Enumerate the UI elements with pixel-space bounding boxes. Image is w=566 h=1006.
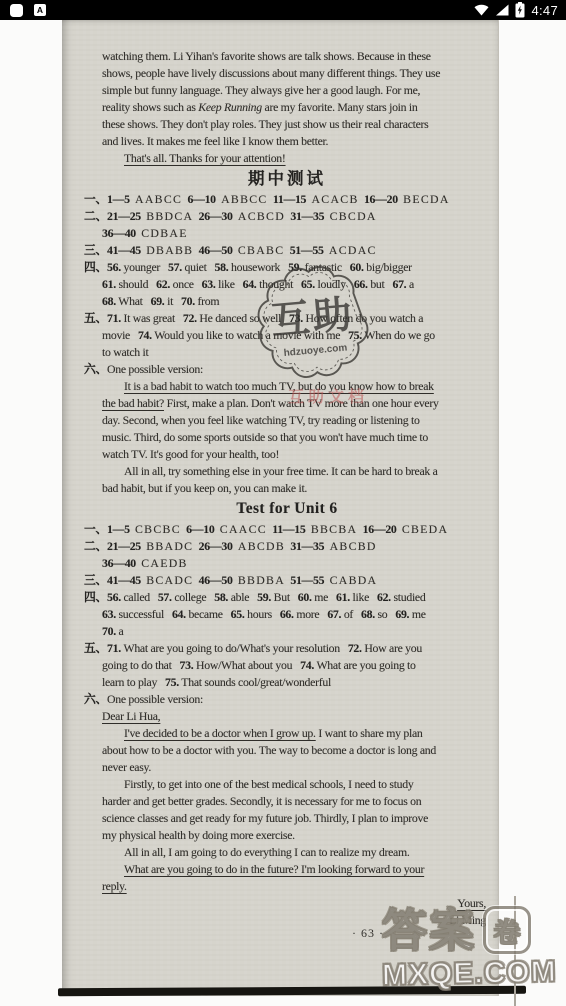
text-segment: 69. xyxy=(395,607,409,621)
text-segment: like xyxy=(350,590,377,604)
text-segment: me xyxy=(312,590,336,604)
intro-paragraph-line: That's all. Thanks for your attention! xyxy=(84,150,490,167)
text-segment: 三、41—45 xyxy=(84,243,141,257)
note-icon xyxy=(10,4,23,17)
text-segment: 6—10 xyxy=(186,522,214,536)
text-segment: CBABC xyxy=(238,243,285,257)
text-segment: studied xyxy=(391,590,426,604)
unit6-answers-line: science classes and get ready for my fut… xyxy=(84,810,490,827)
text-segment: 62. xyxy=(156,277,170,291)
text-segment: 57. xyxy=(168,260,182,274)
unit6-answers-line: 五、71. What are you going to do/What's yo… xyxy=(84,640,490,657)
text-segment: ABCDB xyxy=(238,539,285,553)
midterm-answers-line: the bad habit? First, make a plan. Don't… xyxy=(84,395,490,412)
status-bar: A 4:47 xyxy=(0,0,566,20)
stamp-site-text: hdzuoye.com xyxy=(283,342,348,359)
text-segment: 68. xyxy=(102,294,116,308)
text-segment: 五、71. xyxy=(84,641,121,655)
text-segment: BBADC xyxy=(146,539,193,553)
text-segment: 11—15 xyxy=(272,522,305,536)
text-segment: to watch it xyxy=(102,345,149,359)
text-segment: 二、21—25 xyxy=(84,209,141,223)
text-segment: ABBCC xyxy=(221,192,268,206)
text-segment: DBABB xyxy=(146,243,193,257)
text-segment: CDBAE xyxy=(141,226,187,240)
text-segment: CBCDA xyxy=(330,209,377,223)
text-segment: 68. xyxy=(361,607,375,621)
text-segment: 74. xyxy=(138,328,152,342)
text-segment: Keep Running xyxy=(198,100,262,114)
text-segment: What are you going to do in the future? … xyxy=(124,862,424,876)
text-segment: 58. xyxy=(215,260,229,274)
text-segment: younger xyxy=(121,260,168,274)
text-segment: 三、41—45 xyxy=(84,573,141,587)
text-segment: harder and get better grades. Secondly, … xyxy=(102,794,421,808)
text-segment: 一、1—5 xyxy=(84,522,130,536)
unit6-answers-line: 六、One possible version: xyxy=(84,691,490,708)
text-segment: 65. xyxy=(231,607,245,621)
text-segment: watching them. Li Yihan's favorite shows… xyxy=(102,49,431,63)
text-segment: 六、 xyxy=(84,362,107,376)
text-segment: What are you going to do/What's your res… xyxy=(121,641,348,655)
daanquan-logo-watermark: 答案 卷 MXQE.COM xyxy=(382,906,557,989)
text-segment: CAEDB xyxy=(141,556,187,570)
text-segment: ABCBD xyxy=(330,539,377,553)
intro-paragraph-line: shows, people have lively discussions ab… xyxy=(84,65,490,82)
text-segment: 31—35 xyxy=(290,209,324,223)
text-segment: 64. xyxy=(243,277,257,291)
text-segment: 62. xyxy=(377,590,391,604)
text-segment: BBCBA xyxy=(311,522,358,536)
intro-paragraph-line: and lives. It makes me feel like I know … xyxy=(84,133,490,150)
stamp-text: 互助 xyxy=(269,293,356,343)
wifi-icon xyxy=(474,4,489,16)
text-segment: 四、56. xyxy=(84,260,121,274)
unit6-answers-line: harder and get better grades. Secondly, … xyxy=(84,793,490,810)
text-segment: ACDAC xyxy=(329,243,377,257)
intro-paragraph-line: watching them. Li Yihan's favorite shows… xyxy=(84,48,490,65)
text-segment: 61. xyxy=(102,277,116,291)
text-segment: 四、56. xyxy=(84,590,121,604)
input-method-a-icon: A xyxy=(34,4,46,16)
text-segment: All in all, try something else in your f… xyxy=(124,464,438,478)
logo-badge: 卷 xyxy=(483,906,531,954)
text-segment: about how to be a doctor with you. The w… xyxy=(102,743,436,757)
page-number: · 63 · xyxy=(352,926,384,941)
intro-paragraph-line: simple but funny language. They always g… xyxy=(84,82,490,99)
text-segment: I've decided to be a doctor when I grow … xyxy=(124,726,316,740)
text-segment: of xyxy=(341,607,361,621)
text-segment: 57. xyxy=(158,590,172,604)
text-segment: 二、21—25 xyxy=(84,539,141,553)
scanned-paper: watching them. Li Yihan's favorite shows… xyxy=(62,20,499,996)
unit6-answers-line: 36—40 CAEDB xyxy=(84,555,490,572)
status-bar-left: A xyxy=(0,4,46,17)
midterm-answers-line: 三、41—45 DBABB 46—50 CBABC 51—55 ACDAC xyxy=(84,242,490,259)
intro-paragraph-line: reality shows such as Keep Running are m… xyxy=(84,99,490,116)
text-segment: BECDA xyxy=(403,192,449,206)
text-segment: called xyxy=(121,590,158,604)
unit6-answers-line: 二、21—25 BBADC 26—30 ABCDB 31—35 ABCBD xyxy=(84,538,490,555)
text-segment: How are you xyxy=(362,641,422,655)
text-segment: these shows. They don't play roles. They… xyxy=(102,117,428,131)
text-segment: 60. xyxy=(298,590,312,604)
unit6-title: Test for Unit 6 xyxy=(84,500,490,517)
unit6-answers-line: 三、41—45 BCADC 46—50 BBDBA 51—55 CABDA xyxy=(84,572,490,589)
text-segment: shows, people have lively discussions ab… xyxy=(102,66,440,80)
text-segment: 59. xyxy=(257,590,271,604)
text-segment: 6—10 xyxy=(187,192,215,206)
text-segment: But xyxy=(271,590,298,604)
midterm-answers-line: music. Third, do some sports outside so … xyxy=(84,429,490,446)
text-segment: more xyxy=(294,607,328,621)
text-segment: 58. xyxy=(214,590,228,604)
unit6-answers-line: going to do that 73. How/What about you … xyxy=(84,657,490,674)
unit6-answers-line: What are you going to do in the future? … xyxy=(84,861,490,878)
text-segment: watch TV. It's good for your health, too… xyxy=(102,447,279,461)
text-segment: 一、1—5 xyxy=(84,192,130,206)
text-segment: ACBCD xyxy=(238,209,285,223)
logo-row: 答案 卷 xyxy=(382,906,557,954)
text-segment: 31—35 xyxy=(290,539,324,553)
text-segment: 72. xyxy=(183,311,197,325)
midterm-answers-line: All in all, try something else in your f… xyxy=(84,463,490,480)
text-segment: 75. xyxy=(165,675,179,689)
text-segment: 67. xyxy=(327,607,341,621)
text-segment: CABDA xyxy=(330,573,378,587)
text-segment: but xyxy=(368,277,393,291)
text-segment: It was great xyxy=(121,311,183,325)
text-segment: What are you going to xyxy=(314,658,416,672)
text-segment: movie xyxy=(102,328,138,342)
text-column: watching them. Li Yihan's favorite shows… xyxy=(84,48,490,978)
text-segment: When do we go xyxy=(362,328,435,342)
text-segment: It is a bad habit to watch too much TV, … xyxy=(124,379,434,393)
text-segment: able xyxy=(228,590,257,604)
status-bar-right: 4:47 xyxy=(474,2,566,18)
unit6-answers-line: 四、56. called 57. college 58. able 59. Bu… xyxy=(84,589,490,606)
midterm-answers-line: 二、21—25 BBDCA 26—30 ACBCD 31—35 CBCDA xyxy=(84,208,490,225)
midterm-answers-line: day. Second, when you feel like watching… xyxy=(84,412,490,429)
battery-charging-icon xyxy=(515,2,525,18)
text-segment: BCADC xyxy=(146,573,193,587)
text-segment: 26—30 xyxy=(199,209,233,223)
midterm-answers-line: 36—40 CDBAE xyxy=(84,225,490,242)
text-segment: 69. xyxy=(151,294,165,308)
text-segment: 46—50 xyxy=(199,573,233,587)
text-segment: should xyxy=(116,277,156,291)
midterm-answers-line: 一、1—5 AABCC 6—10 ABBCC 11—15 ACACB 16—20… xyxy=(84,191,490,208)
text-segment: 74. xyxy=(300,658,314,672)
logo-characters: 答案 xyxy=(382,908,476,953)
cellular-signal-icon xyxy=(495,4,509,16)
text-segment: never easy. xyxy=(102,760,151,774)
text-segment: 36—40 xyxy=(102,556,136,570)
logo-site-text: MXQE.COM xyxy=(382,957,557,991)
text-segment: once xyxy=(170,277,202,291)
text-segment: 51—55 xyxy=(290,573,324,587)
text-segment: 51—55 xyxy=(290,243,324,257)
midterm-answers-line: watch TV. It's good for your health, too… xyxy=(84,446,490,463)
text-segment: big/bigger xyxy=(364,260,412,274)
text-segment: 63. xyxy=(202,277,216,291)
text-segment: 26—30 xyxy=(199,539,233,553)
text-segment: What xyxy=(116,294,151,308)
text-segment: 16—20 xyxy=(363,522,397,536)
text-segment: quiet xyxy=(182,260,215,274)
text-segment: 63. xyxy=(102,607,116,621)
text-segment: reply. xyxy=(102,879,127,893)
text-segment: bad habit, but if you keep on, you can m… xyxy=(102,481,307,495)
text-segment: it xyxy=(164,294,181,308)
text-segment: me xyxy=(409,607,425,621)
text-segment: 11—15 xyxy=(273,192,306,206)
scanned-page-viewer[interactable]: watching them. Li Yihan's favorite shows… xyxy=(0,20,566,1006)
text-segment: reality shows such as xyxy=(102,100,198,114)
text-segment: 61. xyxy=(336,590,350,604)
text-segment: like xyxy=(216,277,243,291)
text-segment: 五、71. xyxy=(84,311,121,325)
text-segment: That sounds cool/great/wonderful xyxy=(179,675,331,689)
text-segment: 70. xyxy=(102,624,116,638)
text-segment: college xyxy=(172,590,215,604)
text-segment: Dear Li Hua, xyxy=(102,709,160,723)
unit6-answers-line: Firstly, to get into one of the best med… xyxy=(84,776,490,793)
unit6-answers-line: about how to be a doctor with you. The w… xyxy=(84,742,490,759)
text-segment: All in all, I am going to do everything … xyxy=(124,845,410,859)
red-watermark: 互助文档 xyxy=(288,384,368,407)
text-segment: That's all. Thanks for your attention! xyxy=(124,151,286,165)
text-segment: 36—40 xyxy=(102,226,136,240)
text-segment: a xyxy=(116,624,124,638)
text-segment: going to do that xyxy=(102,658,180,672)
text-segment: the bad habit? xyxy=(102,396,164,410)
midterm-answers-line: bad habit, but if you keep on, you can m… xyxy=(84,480,490,497)
unit6-answers-line: I've decided to be a doctor when I grow … xyxy=(84,725,490,742)
text-segment: simple but funny language. They always g… xyxy=(102,83,420,97)
status-time: 4:47 xyxy=(531,3,558,18)
text-segment: learn to play xyxy=(102,675,165,689)
text-segment: so xyxy=(375,607,396,621)
hdzuoye-stamp-watermark: 互助 hdzuoye.com xyxy=(256,263,370,381)
text-segment: BBDCA xyxy=(146,209,193,223)
text-segment: a xyxy=(406,277,414,291)
text-segment: Firstly, to get into one of the best med… xyxy=(124,777,413,791)
text-segment: 46—50 xyxy=(199,243,233,257)
text-segment: from xyxy=(195,294,219,308)
unit6-answers-line: my physical health by doing more exercis… xyxy=(84,827,490,844)
text-segment: 66. xyxy=(280,607,294,621)
text-segment: music. Third, do some sports outside so … xyxy=(102,430,428,444)
text-segment: One possible version: xyxy=(107,362,203,376)
text-segment: became xyxy=(186,607,231,621)
text-segment: AABCC xyxy=(135,192,182,206)
text-segment: 64. xyxy=(172,607,186,621)
text-segment: 70. xyxy=(181,294,195,308)
text-segment: CAACC xyxy=(220,522,267,536)
unit6-answers-line: reply. xyxy=(84,878,490,895)
midterm-title: 期中测试 xyxy=(84,170,490,187)
text-segment: One possible version: xyxy=(107,692,203,706)
text-segment: 六、 xyxy=(84,692,107,706)
text-segment: and lives. It makes me feel like I know … xyxy=(102,134,328,148)
text-segment: BBDBA xyxy=(238,573,285,587)
unit6-answers-line: never easy. xyxy=(84,759,490,776)
unit6-answers-line: Dear Li Hua, xyxy=(84,708,490,725)
text-segment: are my favorite. Many stars join in xyxy=(262,100,418,114)
unit6-answers-line: 一、1—5 CBCBC 6—10 CAACC 11—15 BBCBA 16—20… xyxy=(84,521,490,538)
text-segment: hours xyxy=(245,607,280,621)
unit6-answers-line: 63. successful 64. became 65. hours 66. … xyxy=(84,606,490,623)
text-segment: 16—20 xyxy=(364,192,398,206)
text-segment: CBEDA xyxy=(402,522,448,536)
unit6-answers-line: 70. a xyxy=(84,623,490,640)
unit6-answers-line: All in all, I am going to do everything … xyxy=(84,844,490,861)
text-segment: 73. xyxy=(180,658,194,672)
text-segment: science classes and get ready for my fut… xyxy=(102,811,428,825)
text-segment: 67. xyxy=(392,277,406,291)
text-segment: successful xyxy=(116,607,172,621)
text-segment: How/What about you xyxy=(193,658,300,672)
text-segment: CBCBC xyxy=(135,522,181,536)
text-segment: I want to share my plan xyxy=(316,726,423,740)
text-segment: day. Second, when you feel like watching… xyxy=(102,413,420,427)
text-segment: ACACB xyxy=(311,192,358,206)
text-segment: 72. xyxy=(348,641,362,655)
text-segment: my physical health by doing more exercis… xyxy=(102,828,295,842)
intro-paragraph-line: these shows. They don't play roles. They… xyxy=(84,116,490,133)
unit6-answers-line: learn to play 75. That sounds cool/great… xyxy=(84,674,490,691)
